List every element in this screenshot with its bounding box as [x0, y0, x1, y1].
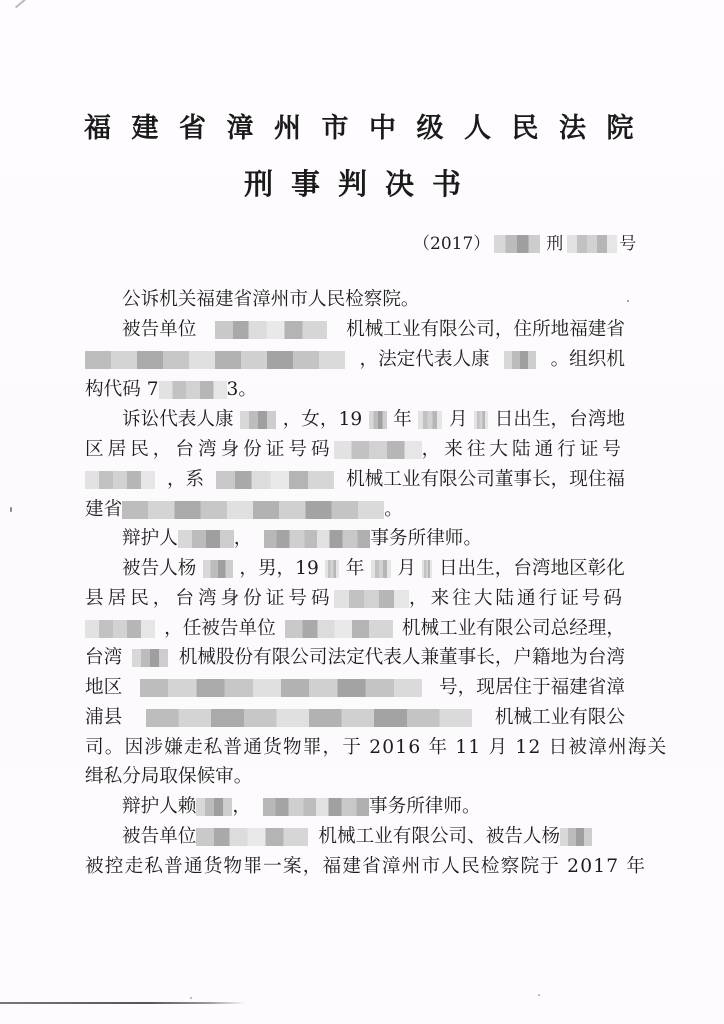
text-segment: 公诉机关福建省漳州市人民检察院。: [122, 289, 420, 311]
scan-edge-line: [0, 1002, 245, 1004]
text-segment: 台湾: [85, 647, 122, 669]
text-segment: ，来往大陆通行证号: [422, 439, 625, 461]
text-segment: 司。因涉嫌走私普通货物罪，于 2016 年 11 月 12 日被漳州海关: [85, 737, 667, 759]
redacted-lawyer-name: [196, 798, 232, 816]
paragraph-litigation-rep-line-4: 建省 。: [85, 499, 625, 521]
text-segment: 机械工业有限公司董事长，现住福: [346, 469, 625, 491]
text-segment: ，女，19: [283, 409, 362, 431]
paragraph-defendant-person-line-1: 被告人杨 ，男，19 年 月 日出生，台湾地区彰化: [122, 558, 625, 580]
document-page: 福建省漳州市中级人民法院 刑事判决书 （2017） 刑 号 公诉机关福建省漳州市…: [0, 0, 724, 1024]
case-type-char: 刑: [546, 233, 563, 255]
text-segment: 机械工业有限公司，住所地福建省: [346, 319, 625, 341]
paragraph-litigation-rep-line-3: ，系 机械工业有限公司董事长，现住福: [85, 469, 625, 491]
redacted-birth-month: [371, 560, 391, 578]
redacted-birth-day: [422, 560, 432, 578]
paragraph-defendant-unit-line-1: 被告单位 机械工业有限公司，住所地福建省: [122, 319, 625, 341]
redacted-permit-number: [85, 620, 155, 638]
text-segment: 。: [384, 499, 403, 521]
redacted-name: [203, 560, 233, 578]
text-segment: 3。: [227, 379, 257, 401]
court-name-heading: 福建省漳州市中级人民法院: [84, 113, 644, 145]
redacted-company-name: [196, 828, 308, 846]
text-segment: 被告人杨: [122, 558, 196, 580]
text-segment: 号，现居住于福建省漳: [439, 677, 625, 699]
paragraph-defender-1: 辩护人 ， 事务所律师。: [122, 528, 625, 550]
text-segment: 地区: [85, 677, 122, 699]
text-segment: 。组织机: [551, 349, 625, 371]
text-segment: 机械工业有限公: [495, 707, 625, 729]
scan-speck: [10, 507, 12, 512]
scan-corner-mark: [15, 0, 27, 8]
text-segment: 被控走私普通货物罪一案，福建省漳州市人民检察院于 2017 年: [85, 856, 646, 878]
text-segment: 诉讼代表人康: [122, 409, 234, 431]
document-type-heading: 刑事判决书: [244, 167, 544, 201]
text-segment: 事务所律师。: [369, 796, 481, 818]
text-segment: 日出生，台湾地: [495, 409, 625, 431]
paragraph-litigation-rep-line-1: 诉讼代表人康 ，女，19 年 月 日出生，台湾地: [122, 409, 625, 431]
redacted-company-name: [215, 321, 327, 339]
paragraph-litigation-rep-line-2: 区居民，台湾身份证号码 ，来往大陆通行证号: [85, 439, 625, 461]
paragraph-case-summary-line-1: 被告单位 机械工业有限公司、被告人杨: [122, 826, 625, 848]
scan-speck: [190, 997, 192, 999]
paragraph-defendant-person-line-3: ，任被告单位 机械工业有限公司总经理，: [85, 618, 625, 640]
redacted-company-name: [216, 471, 334, 489]
redacted-birth-year: [369, 411, 387, 429]
text-segment: ，: [234, 528, 253, 550]
scan-speck: [538, 994, 540, 996]
text-segment: 被告单位: [122, 826, 196, 848]
paragraph-defendant-unit-line-2: ，法定代表人康 。组织机: [85, 349, 625, 371]
redacted-address: [122, 501, 384, 519]
text-segment: ，法定代表人康: [359, 349, 489, 371]
text-segment: 机械股份有限公司法定代表人兼董事长，户籍地为台湾: [179, 647, 625, 669]
text-segment: 县居民，台湾身份证号码: [85, 588, 334, 610]
redacted-address: [85, 351, 345, 369]
text-segment: 事务所律师。: [370, 528, 482, 550]
redacted-address: [146, 709, 472, 727]
text-segment: 日出生，台湾地区彰化: [439, 558, 625, 580]
redacted-court-code: [494, 235, 540, 253]
text-segment: 构代码 7: [85, 379, 159, 401]
text-segment: ，: [232, 796, 251, 818]
text-segment: 辩护人赖: [122, 796, 196, 818]
redacted-lawyer-name: [178, 530, 234, 548]
redacted-birth-month: [418, 411, 442, 429]
redacted-law-firm: [264, 530, 370, 548]
text-segment: 浦县: [85, 707, 122, 729]
paragraph-defendant-person-line-7: 司。因涉嫌走私普通货物罪，于 2016 年 11 月 12 日被漳州海关: [85, 737, 625, 759]
text-segment: ，男，19: [239, 558, 318, 580]
text-segment: 区居民，台湾身份证号码: [85, 439, 334, 461]
paragraph-defendant-person-line-2: 县居民，台湾身份证号码 ，来往大陆通行证号码: [85, 588, 625, 610]
text-segment: 被告单位: [122, 319, 196, 341]
case-suffix: 号: [619, 233, 636, 255]
redacted-case-serial: [567, 235, 617, 253]
text-segment: 辩护人: [122, 528, 178, 550]
text-segment: 机械工业有限公司、被告人杨: [318, 826, 560, 848]
text-segment: ，来往大陆通行证号码: [409, 588, 625, 610]
redacted-law-firm: [263, 798, 369, 816]
text-segment: ，系: [167, 469, 204, 491]
text-segment: ，任被告单位: [164, 618, 276, 640]
redacted-id-number: [334, 441, 422, 459]
paragraph-defendant-unit-line-3: 构代码 7 3。: [85, 379, 625, 401]
paragraph-defender-2: 辩护人赖 ， 事务所律师。: [122, 796, 625, 818]
redacted-name: [560, 828, 592, 846]
redacted-birth-year: [325, 560, 339, 578]
text-segment: 建省: [85, 499, 122, 521]
redacted-address: [140, 679, 422, 697]
redacted-permit-number: [85, 471, 155, 489]
text-segment: 缉私分局取保候审。: [85, 766, 252, 788]
redacted-name: [240, 411, 276, 429]
redacted-id-number: [334, 590, 410, 608]
redacted-org-code: [159, 381, 227, 399]
case-number: （2017） 刑 号: [413, 233, 636, 255]
paragraph-defendant-person-line-5: 地区 号，现居住于福建省漳: [85, 677, 625, 699]
redacted-company-name: [285, 620, 393, 638]
text-segment: 月: [397, 558, 416, 580]
text-segment: 年: [393, 409, 412, 431]
paragraph-defendant-person-line-6: 浦县 机械工业有限公: [85, 707, 625, 729]
text-segment: 机械工业有限公司总经理，: [402, 618, 625, 640]
redacted-rep-name: [504, 351, 536, 369]
redacted-birth-day: [474, 411, 488, 429]
paragraph-defendant-person-line-4: 台湾 机械股份有限公司法定代表人兼董事长，户籍地为台湾: [85, 647, 625, 669]
redacted-company-name: [132, 649, 168, 667]
paragraph-prosecutor: 公诉机关福建省漳州市人民检察院。: [122, 289, 625, 311]
text-segment: 年: [346, 558, 365, 580]
paragraph-case-summary-line-2: 被控走私普通货物罪一案，福建省漳州市人民检察院于 2017 年: [85, 856, 625, 878]
case-year: （2017）: [413, 233, 490, 255]
scan-speck: [627, 300, 629, 302]
paragraph-defendant-person-line-8: 缉私分局取保候审。: [85, 766, 625, 788]
text-segment: 月: [449, 409, 468, 431]
